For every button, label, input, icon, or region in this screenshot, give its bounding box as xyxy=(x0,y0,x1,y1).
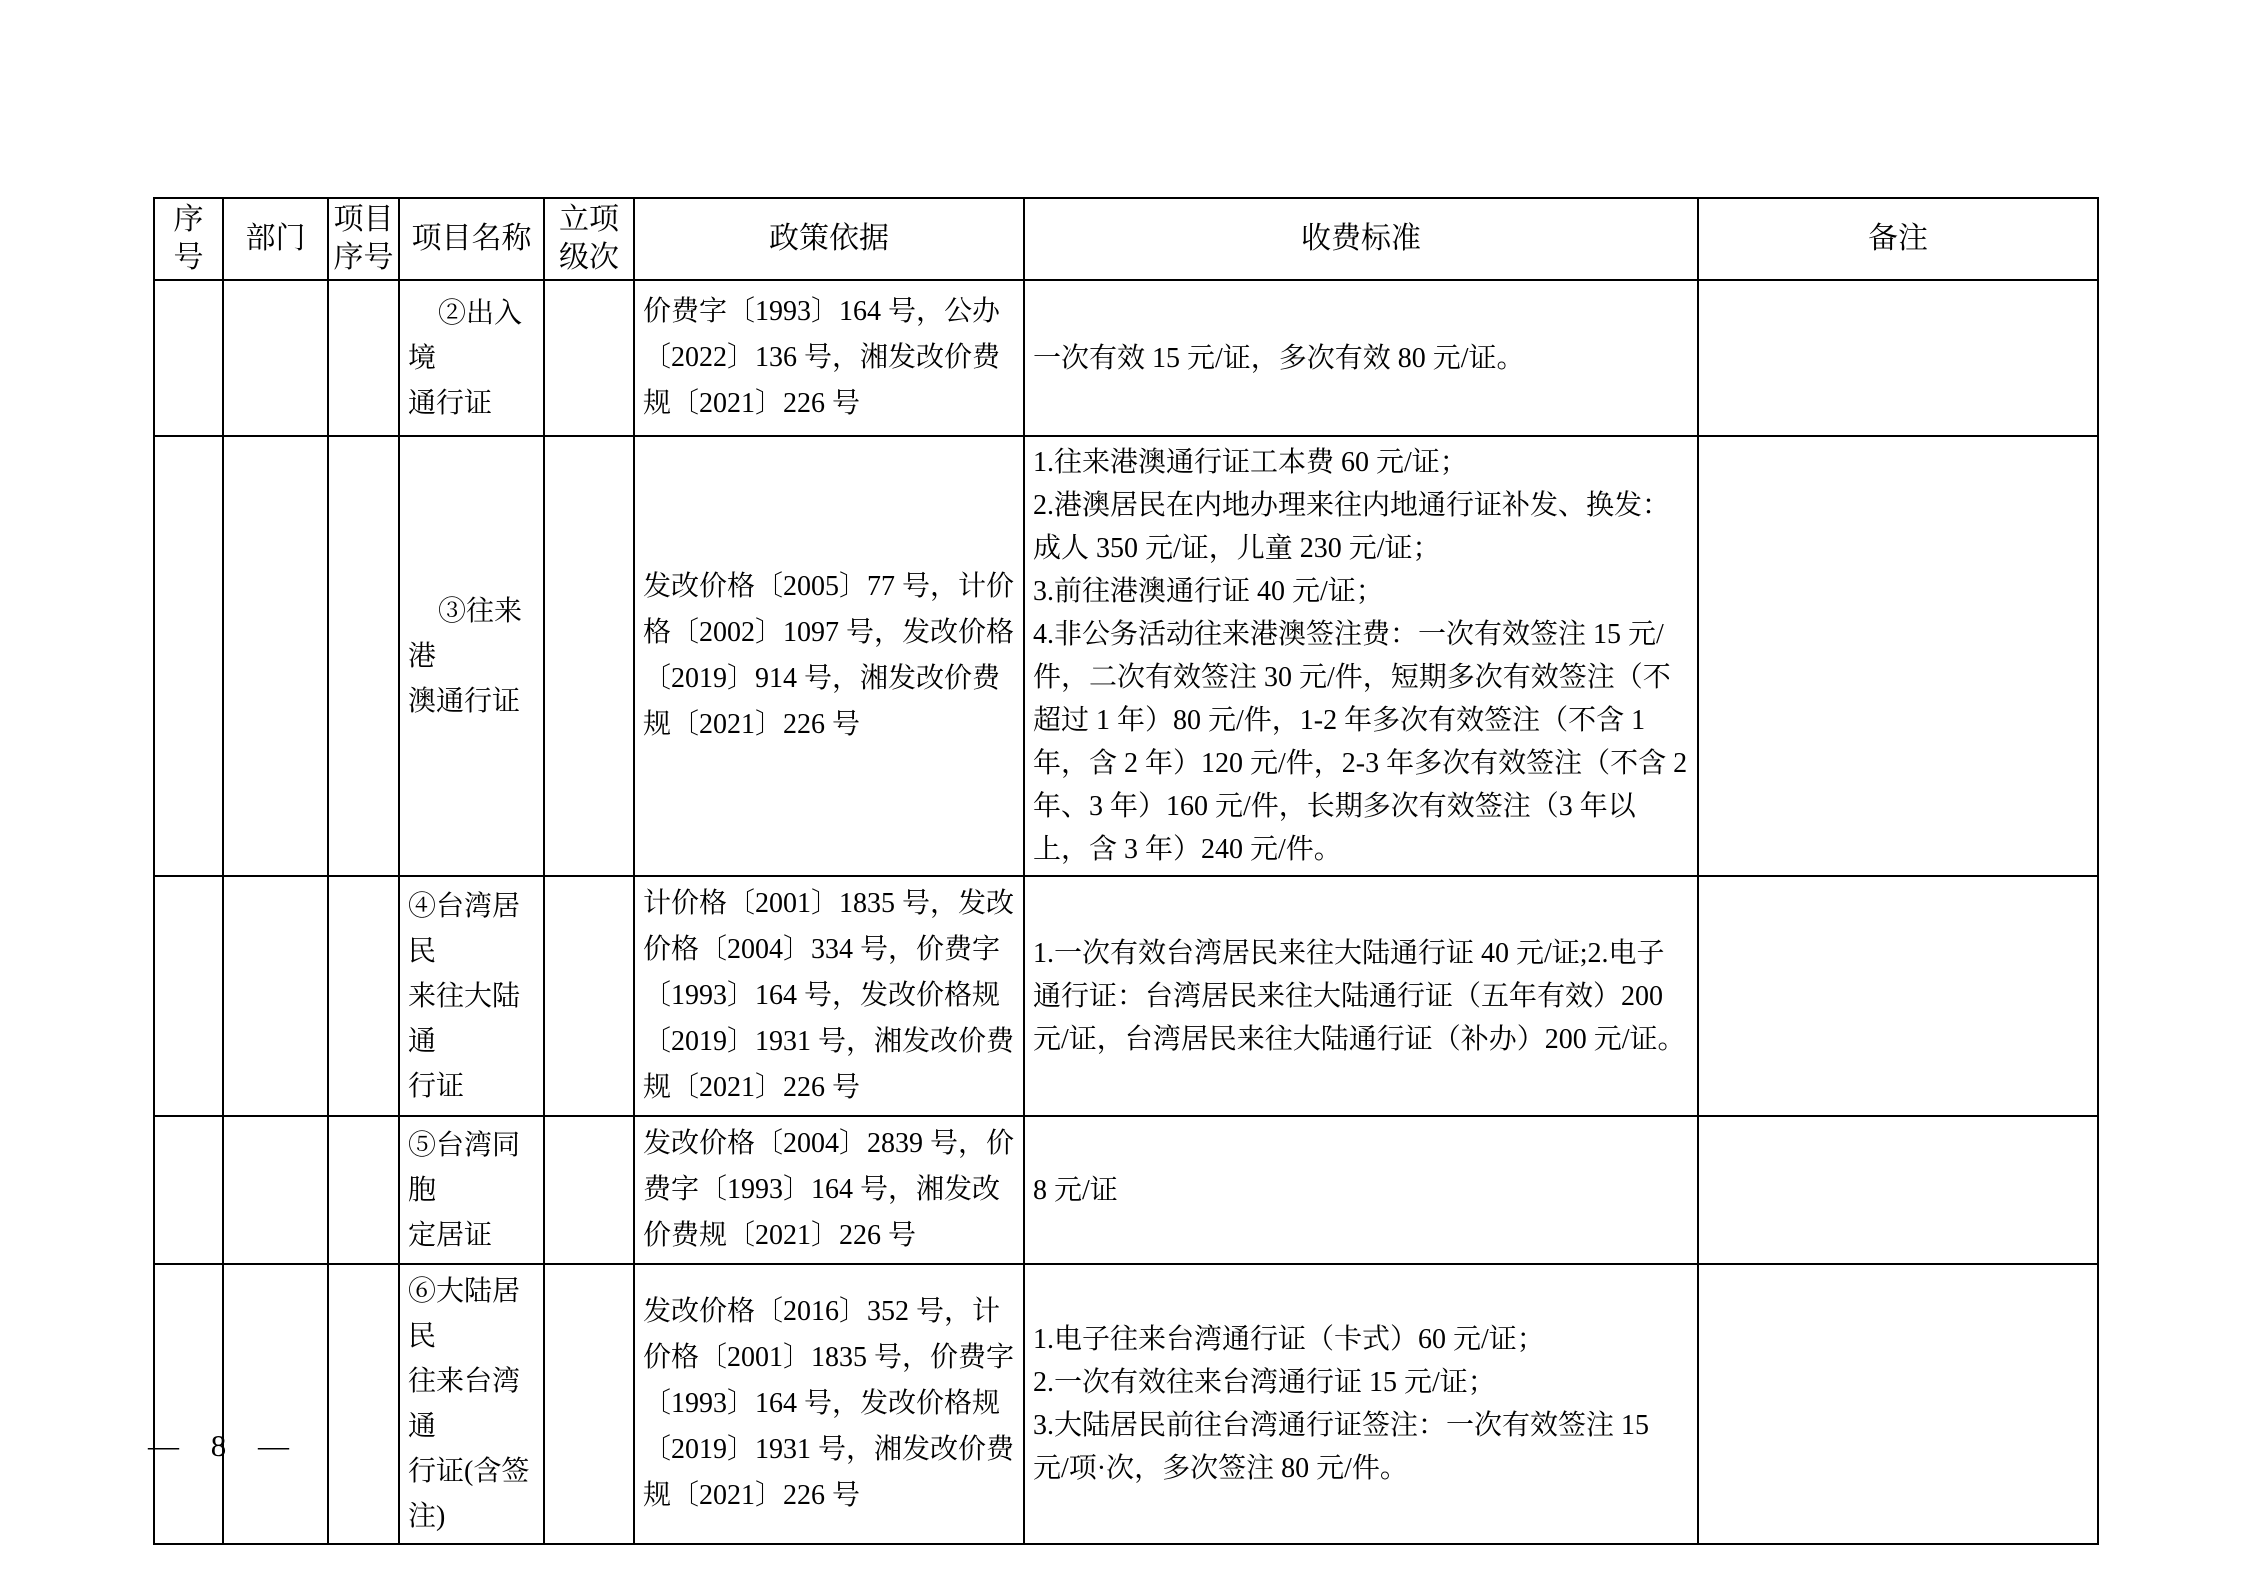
cell-project-name: ③往来港 澳通行证 xyxy=(399,436,544,876)
header-cell-project-no: 项目 序号 xyxy=(328,198,399,280)
header-cell-fee-standard: 收费标准 xyxy=(1024,198,1698,280)
cell-approval-level xyxy=(544,876,634,1116)
cell-project-no xyxy=(328,1264,399,1544)
cell-project-name: ②出入境 通行证 xyxy=(399,280,544,436)
cell-project-no xyxy=(328,1116,399,1264)
cell-serial xyxy=(154,1116,223,1264)
cell-fee-standard: 一次有效 15 元/证，多次有效 80 元/证。 xyxy=(1024,280,1698,436)
header-row: 序号 部门 项目 序号 项目名称 立项 级次 政策依据 收费标准 备注 xyxy=(154,198,2098,280)
header-cell-department: 部门 xyxy=(223,198,328,280)
cell-project-name: ④台湾居民 来往大陆通 行证 xyxy=(399,876,544,1116)
cell-serial xyxy=(154,876,223,1116)
document-page: 序号 部门 项目 序号 项目名称 立项 级次 政策依据 收费标准 备注 ②出入境… xyxy=(0,0,2246,1588)
cell-fee-standard: 1.电子往来台湾通行证（卡式）60 元/证； 2.一次有效往来台湾通行证 15 … xyxy=(1024,1264,1698,1544)
table-row: ②出入境 通行证 价费字〔1993〕164 号，公办〔2022〕136 号，湘发… xyxy=(154,280,2098,436)
cell-project-name: ⑥大陆居民 往来台湾通 行证(含签 注) xyxy=(399,1264,544,1544)
header-cell-serial: 序号 xyxy=(154,198,223,280)
cell-policy-basis: 发改价格〔2004〕2839 号，价费字〔1993〕164 号，湘发改价费规〔2… xyxy=(634,1116,1024,1264)
cell-approval-level xyxy=(544,1264,634,1544)
cell-fee-standard: 1.往来港澳通行证工本费 60 元/证； 2.港澳居民在内地办理来往内地通行证补… xyxy=(1024,436,1698,876)
cell-project-no xyxy=(328,280,399,436)
table-row: ⑤台湾同胞 定居证 发改价格〔2004〕2839 号，价费字〔1993〕164 … xyxy=(154,1116,2098,1264)
cell-remarks xyxy=(1698,1264,2098,1544)
cell-department xyxy=(223,436,328,876)
cell-policy-basis: 价费字〔1993〕164 号，公办〔2022〕136 号，湘发改价费规〔2021… xyxy=(634,280,1024,436)
cell-approval-level xyxy=(544,280,634,436)
cell-serial xyxy=(154,280,223,436)
cell-department xyxy=(223,280,328,436)
cell-approval-level xyxy=(544,436,634,876)
table-row: ③往来港 澳通行证 发改价格〔2005〕77 号，计价格〔2002〕1097 号… xyxy=(154,436,2098,876)
header-cell-remarks: 备注 xyxy=(1698,198,2098,280)
cell-remarks xyxy=(1698,876,2098,1116)
cell-serial xyxy=(154,1264,223,1544)
header-cell-policy-basis: 政策依据 xyxy=(634,198,1024,280)
cell-department xyxy=(223,876,328,1116)
cell-department xyxy=(223,1116,328,1264)
cell-department xyxy=(223,1264,328,1544)
cell-remarks xyxy=(1698,436,2098,876)
cell-remarks xyxy=(1698,280,2098,436)
cell-approval-level xyxy=(544,1116,634,1264)
cell-project-no xyxy=(328,876,399,1116)
cell-fee-standard: 1.一次有效台湾居民来往大陆通行证 40 元/证;2.电子通行证：台湾居民来往大… xyxy=(1024,876,1698,1116)
header-cell-project-name: 项目名称 xyxy=(399,198,544,280)
cell-project-name: ⑤台湾同胞 定居证 xyxy=(399,1116,544,1264)
cell-policy-basis: 计价格〔2001〕1835 号，发改价格〔2004〕334 号，价费字〔1993… xyxy=(634,876,1024,1116)
fee-schedule-table: 序号 部门 项目 序号 项目名称 立项 级次 政策依据 收费标准 备注 ②出入境… xyxy=(153,197,2099,1545)
cell-policy-basis: 发改价格〔2005〕77 号，计价格〔2002〕1097 号，发改价格〔2019… xyxy=(634,436,1024,876)
cell-fee-standard: 8 元/证 xyxy=(1024,1116,1698,1264)
cell-project-no xyxy=(328,436,399,876)
cell-policy-basis: 发改价格〔2016〕352 号，计价格〔2001〕1835 号，价费字〔1993… xyxy=(634,1264,1024,1544)
header-cell-approval-level: 立项 级次 xyxy=(544,198,634,280)
table-row: ⑥大陆居民 往来台湾通 行证(含签 注) 发改价格〔2016〕352 号，计价格… xyxy=(154,1264,2098,1544)
table-row: ④台湾居民 来往大陆通 行证 计价格〔2001〕1835 号，发改价格〔2004… xyxy=(154,876,2098,1116)
page-number: — 8 — xyxy=(148,1428,291,1464)
cell-serial xyxy=(154,436,223,876)
cell-remarks xyxy=(1698,1116,2098,1264)
